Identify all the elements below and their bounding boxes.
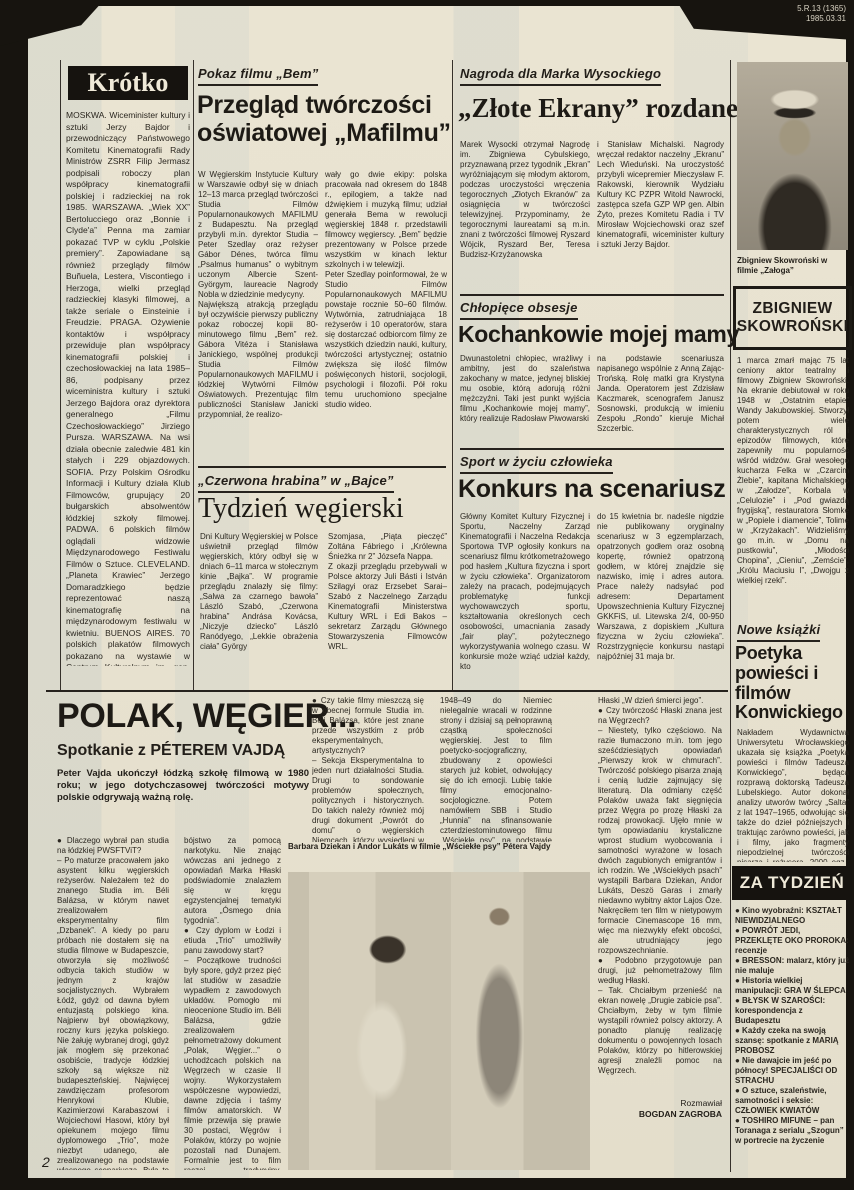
masthead-date: 1985.03.31 [676, 14, 846, 24]
za-tydzien-item: ● Nie dawajcie im jeść po północy! SPECJ… [735, 1056, 850, 1086]
konkurs-col2: do 15 kwietnia br. nadeśle nigdzie nie p… [597, 512, 724, 688]
za-tydzien-item: ● BŁYSK W SZAROŚCI: korespondencja z Bud… [735, 996, 850, 1026]
skowronski-body: 1 marca zmarł mając 75 lat ceniony aktor… [737, 356, 849, 618]
mafilm-col2: wały go dwie ekipy: polska pracowała nad… [325, 170, 447, 466]
rule-kochankowie-konkurs [460, 448, 724, 450]
za-tydzien-item: ● Każdy czeka na swoją szansę: spotkanie… [735, 1026, 850, 1056]
photo-wsciekle-psy [288, 872, 590, 1170]
polak-col2: bójstwo za pomocą narkotyku. Nie znając … [184, 836, 281, 1170]
polak-col5: Hłaski „W dzień śmierci jego”. ● Czy twó… [598, 696, 722, 1094]
konkurs-kicker: Sport w życiu człowieka [460, 454, 613, 474]
photo-skowronski [737, 62, 848, 250]
polak-col3: ● Czy takie filmy mieszczą się w obecnej… [312, 696, 424, 842]
kochankowie-headline: Kochankowie mojej mamy [458, 322, 750, 347]
za-tydzien-title: ZA TYDZIEŃ [740, 873, 844, 893]
zlote-col2: i Stanisław Michalski. Nagrody wręczał r… [597, 140, 724, 290]
zlote-col1: Marek Wysocki otrzymał Nagrodę im. Zbign… [460, 140, 590, 290]
za-tydzien-item: ● Kino wyobraźni: KSZTAŁT NIEWIDZIALNEGO [735, 906, 850, 926]
za-tydzien-item: ● O sztuce, szaleństwie, samotności i se… [735, 1086, 850, 1116]
za-tydzien-item: ● BRESSON: malarz, który już nie maluje [735, 956, 850, 976]
polak-signoff: Rozmawiał BOGDAN ZAGROBA [598, 1098, 722, 1120]
ksiazki-kicker: Nowe książki [737, 622, 820, 642]
tydzien-headline: Tydzień węgierski [198, 494, 468, 524]
page-number: 2 [42, 1154, 50, 1170]
krotko-body: MOSKWA. Wiceminister kultury i sztuki Je… [66, 110, 190, 666]
skowronski-box: ZBIGNIEW SKOWROŃSKI [733, 286, 852, 350]
za-tydzien-bar: ZA TYDZIEŃ [732, 866, 852, 900]
za-tydzien-item: ● Historia wielkiej manipulacji: GRA W Ś… [735, 976, 850, 996]
mafilm-kicker: Pokaz filmu „Bem” [198, 66, 318, 86]
rule-zlote-kochankowie [460, 294, 724, 296]
mafilm-headline: Przegląd twórczości oświatowej „Mafilmu” [197, 92, 457, 147]
rule-col1 [193, 60, 194, 692]
tydzien-col2: Szomjasa, „Piąta pieczęć” Zoltána Fábrie… [328, 532, 447, 668]
polak-subhead: Spotkanie z PÉTEREM VAJDĄ [57, 742, 285, 760]
rule-bottom-section [46, 690, 728, 692]
konkurs-headline: Konkurs na scenariusz [458, 476, 750, 504]
masthead-issue: 5.R.13 (1365) [676, 4, 846, 14]
signoff-label: Rozmawiał [680, 1098, 722, 1108]
ksiazki-body: Nakładem Wydawnictwa Uniwersytetu Wrocła… [737, 728, 849, 862]
kochankowie-col1: Dwunastoletni chłopiec, wrażliwy i ambit… [460, 354, 590, 446]
skowronski-box-title: ZBIGNIEW SKOWROŃSKI [736, 300, 849, 336]
polak-col4: 1948–49 do Niemiec nielegalnie wracali w… [440, 696, 552, 842]
signoff-name: BOGDAN ZAGROBA [639, 1109, 722, 1119]
newspaper-page: Krótko MOSKWA. Wiceminister kultury i sz… [0, 0, 854, 1190]
polak-lead: Peter Vajda ukończył łódzką szkołę filmo… [57, 768, 309, 830]
zlote-headline: „Złote Ekrany” rozdane [458, 94, 750, 123]
kochankowie-col2: na podstawie scenariusza napisanego wspó… [597, 354, 724, 446]
rule-left [60, 60, 61, 692]
krotko-title-bar: Krótko [68, 66, 188, 100]
za-tydzien-item: ● POWRÓT JEDI, PRZEKLĘTE OKO PROROKA: re… [735, 926, 850, 956]
tydzien-kicker: „Czerwona hrabina” w „Bajce” [198, 473, 394, 493]
polak-col1: ● Dlaczego wybrał pan studia na łódzkiej… [57, 836, 169, 1170]
rule-col3 [730, 60, 731, 1172]
polak-photo-caption: Barbara Dziekan i Andor Lukáts w filmie … [288, 842, 588, 852]
ksiazki-headline: Poetyka powieści i filmów Konwickiego [735, 644, 851, 723]
masthead-fragment: 5.R.13 (1365) 1985.03.31 [676, 0, 854, 24]
skowronski-photo-caption: Zbigniew Skowroński w filmie „Załoga” [737, 256, 848, 276]
rule-mafilm-tydzien [198, 466, 446, 468]
tydzien-col1: Dni Kultury Węgierskiej w Polsce uświetn… [200, 532, 318, 668]
za-tydzien-list: ● Kino wyobraźni: KSZTAŁT NIEWIDZIALNEGO… [735, 906, 850, 1168]
zlote-kicker: Nagroda dla Marka Wysockiego [460, 66, 661, 86]
paper: Krótko MOSKWA. Wiceminister kultury i sz… [28, 6, 846, 1178]
kochankowie-kicker: Chłopięce obsesje [460, 300, 578, 320]
konkurs-col1: Główny Komitet Kultury Fizycznej i Sport… [460, 512, 590, 688]
krotko-title: Krótko [88, 68, 169, 98]
mafilm-col1: W Węgierskim Instytucie Kultury w Warsza… [198, 170, 318, 466]
za-tydzien-item: ● TOSHIRO MIFUNE – pan Toranaga z serial… [735, 1116, 850, 1146]
rule-col2 [452, 60, 453, 692]
